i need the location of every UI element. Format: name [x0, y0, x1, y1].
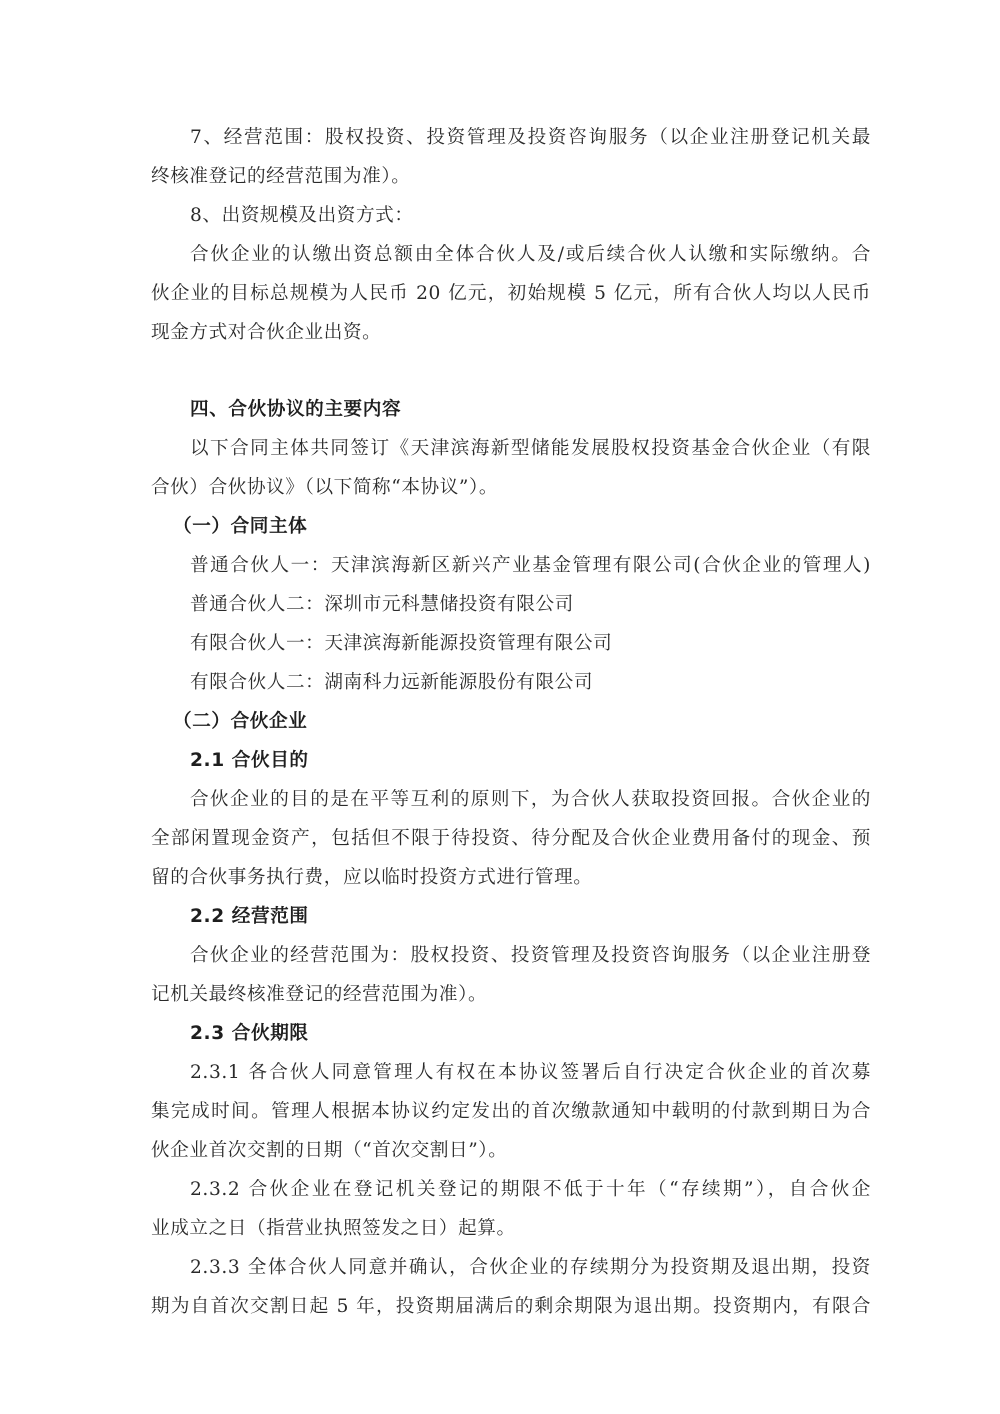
- section-2-3-1-line3: 伙企业首次交割的日期（“首次交割日”）。: [151, 1139, 871, 1163]
- section-2-1-line2: 全部闲置现金资产，包括但不限于待投资、待分配及合伙企业费用备付的现金、预: [151, 827, 871, 851]
- section-2-3-3-line1: 2.3.3 全体合伙人同意并确认，合伙企业的存续期分为投资期及退出期，投资: [190, 1256, 871, 1280]
- section4-heading: 四、合伙协议的主要内容: [190, 398, 871, 422]
- item8-paragraph-line1: 合伙企业的认缴出资总额由全体合伙人及/或后续合伙人认缴和实际缴纳。合: [190, 243, 871, 267]
- section-2-1-heading: 2.1 合伙目的: [190, 749, 871, 773]
- limited-partner-1: 有限合伙人一：天津滨海新能源投资管理有限公司: [190, 632, 871, 656]
- item8-heading: 8、出资规模及出资方式：: [190, 204, 871, 228]
- item8-paragraph-line3: 现金方式对合伙企业出资。: [151, 321, 871, 345]
- general-partner-2: 普通合伙人二：深圳市元科慧储投资有限公司: [190, 593, 871, 617]
- limited-partner-2: 有限合伙人二：湖南科力远新能源股份有限公司: [190, 671, 871, 695]
- section4-intro-line2: 合伙）合伙协议》（以下简称“本协议”）。: [151, 476, 871, 500]
- item8-paragraph-line2: 伙企业的目标总规模为人民币 20 亿元，初始规模 5 亿元，所有合伙人均以人民币: [151, 282, 871, 306]
- section-2-1-line3: 留的合伙事务执行费，应以临时投资方式进行管理。: [151, 866, 871, 890]
- general-partner-1: 普通合伙人一：天津滨海新区新兴产业基金管理有限公司(合伙企业的管理人): [190, 554, 871, 578]
- section-2-3-1-line2: 集完成时间。管理人根据本协议约定发出的首次缴款通知中载明的付款到期日为合: [151, 1100, 871, 1124]
- section-2-3-2-line2: 业成立之日（指营业执照签发之日）起算。: [151, 1217, 871, 1241]
- item7-scope-line2: 终核准登记的经营范围为准）。: [151, 165, 871, 189]
- section-2-2-line2: 记机关最终核准登记的经营范围为准）。: [151, 983, 871, 1007]
- section-2-3-2-line1: 2.3.2 合伙企业在登记机关登记的期限不低于十年（“存续期”），自合伙企: [190, 1178, 871, 1202]
- section-2-3-heading: 2.3 合伙期限: [190, 1022, 871, 1046]
- item7-scope-line1: 7、经营范围：股权投资、投资管理及投资咨询服务（以企业注册登记机关最: [190, 126, 871, 150]
- section-2-2-line1: 合伙企业的经营范围为：股权投资、投资管理及投资咨询服务（以企业注册登: [190, 944, 871, 968]
- section-2-3-3-line2: 期为自首次交割日起 5 年，投资期届满后的剩余期限为退出期。投资期内，有限合: [151, 1295, 871, 1319]
- section-2-2-heading: 2.2 经营范围: [190, 905, 871, 929]
- section-2-1-line1: 合伙企业的目的是在平等互利的原则下，为合伙人获取投资回报。合伙企业的: [190, 788, 871, 812]
- contract-parties-heading: （一）合同主体: [173, 515, 893, 539]
- document-page: 7、经营范围：股权投资、投资管理及投资咨询服务（以企业注册登记机关最 终核准登记…: [0, 0, 1000, 1414]
- section4-intro-line1: 以下合同主体共同签订《天津滨海新型储能发展股权投资基金合伙企业（有限: [190, 437, 871, 461]
- section-2-3-1-line1: 2.3.1 各合伙人同意管理人有权在本协议签署后自行决定合伙企业的首次募: [190, 1061, 871, 1085]
- partnership-heading: （二）合伙企业: [173, 710, 893, 734]
